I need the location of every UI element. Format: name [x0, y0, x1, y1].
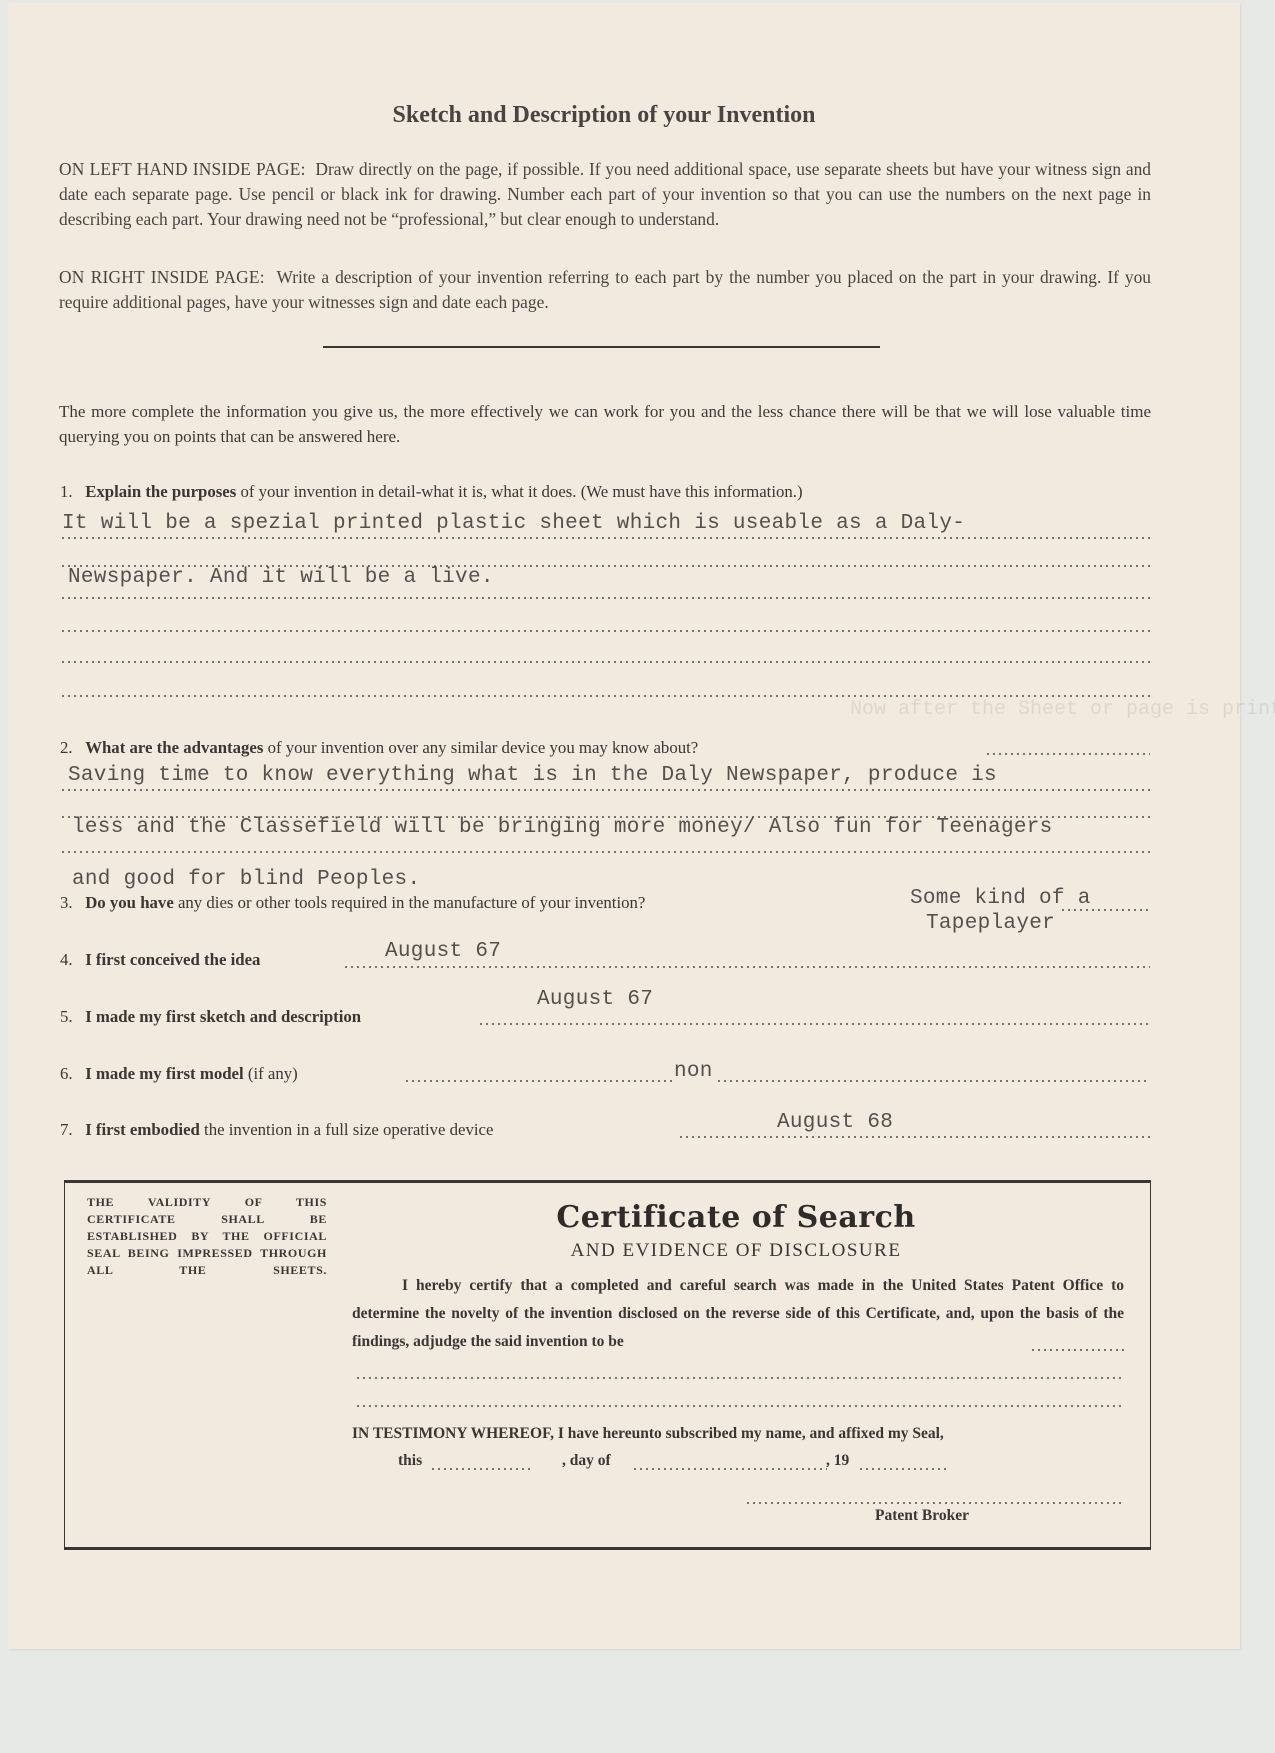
- certificate-dotted-line: [1030, 1349, 1125, 1351]
- answer-dotted-line: [985, 753, 1150, 755]
- answer-dotted-line: [60, 630, 1150, 632]
- answer-dotted-line: [678, 1136, 1150, 1138]
- question-1-answer-line-1[interactable]: It will be a spezial printed plastic she…: [62, 512, 965, 535]
- certificate-validity-note: THE VALIDITY OF THIS CERTIFICATE SHALL B…: [87, 1194, 327, 1279]
- question-3-answer-line-1[interactable]: Some kind of a: [910, 887, 1091, 910]
- answer-dotted-line: [404, 1080, 1150, 1082]
- date-year-blank[interactable]: [858, 1468, 946, 1470]
- date-day-blank[interactable]: [430, 1468, 532, 1470]
- question-6-label: 6. I made my first model (if any): [60, 1064, 298, 1084]
- question-2-answer-line-3[interactable]: and good for blind Peoples.: [72, 868, 420, 891]
- page-title: Sketch and Description of your Invention: [0, 102, 1208, 129]
- certificate-date-day-of: , day of: [562, 1447, 611, 1475]
- question-4-label: 4. I first conceived the idea: [60, 950, 260, 970]
- date-month-blank[interactable]: [632, 1468, 827, 1470]
- instructions-right-page: ON RIGHT INSIDE PAGE: Write a descriptio…: [59, 265, 1151, 315]
- signature-label: Patent Broker: [875, 1502, 969, 1530]
- question-2-answer-line-1[interactable]: Saving time to know everything what is i…: [68, 764, 997, 787]
- certificate-date-year: , 19: [826, 1447, 849, 1475]
- certificate-subtitle: AND EVIDENCE OF DISCLOSURE: [336, 1240, 1136, 1262]
- question-7-answer[interactable]: August 68: [777, 1111, 893, 1134]
- instructions-right-label: ON RIGHT INSIDE PAGE:: [59, 267, 265, 287]
- answer-dotted-line: [60, 537, 1150, 539]
- certificate-title: Certificate of Search: [336, 1200, 1136, 1235]
- answer-dotted-line: [60, 597, 1150, 599]
- question-2-answer-line-2[interactable]: less and the Classefield will be bringin…: [72, 816, 1053, 839]
- intro-paragraph: The more complete the information you gi…: [59, 399, 1151, 449]
- answer-dotted-line: [60, 851, 1150, 853]
- question-3-label: 3. Do you have any dies or other tools r…: [60, 893, 645, 913]
- divider-rule: [323, 346, 880, 348]
- certificate-date-this: this: [398, 1447, 422, 1475]
- question-4-answer[interactable]: August 67: [385, 940, 501, 963]
- certificate-dotted-line: [355, 1377, 1125, 1379]
- question-7-label: 7. I first embodied the invention in a f…: [60, 1120, 493, 1140]
- answer-dotted-line: [478, 1023, 1150, 1025]
- question-5-label: 5. I made my first sketch and descriptio…: [60, 1007, 361, 1027]
- answer-dotted-line: [60, 661, 1150, 663]
- instructions-left-label: ON LEFT HAND INSIDE PAGE:: [59, 159, 306, 179]
- question-5-answer[interactable]: August 67: [537, 988, 653, 1011]
- certificate-dotted-line: [355, 1405, 1125, 1407]
- answer-dotted-line: [60, 789, 1150, 791]
- answer-dotted-line: [343, 966, 1150, 968]
- instructions-left-page: ON LEFT HAND INSIDE PAGE: Draw directly …: [59, 157, 1151, 232]
- question-3-answer-line-2[interactable]: Tapeplayer: [926, 912, 1055, 935]
- certificate-testimony: IN TESTIMONY WHEREOF, I have hereunto su…: [352, 1420, 1124, 1448]
- question-6-answer[interactable]: non: [672, 1060, 715, 1083]
- answer-dotted-line: [60, 695, 1150, 697]
- question-1-label: 1. Explain the purposes of your inventio…: [60, 482, 803, 502]
- answer-dotted-line: [1060, 909, 1150, 911]
- bleed-through-text: Now after the Sheet or page is printed a…: [850, 698, 1275, 721]
- certificate-body: I hereby certify that a completed and ca…: [352, 1272, 1124, 1356]
- question-1-answer-line-2[interactable]: Newspaper. And it will be a live.: [68, 566, 494, 589]
- question-2-label: 2. What are the advantages of your inven…: [60, 738, 698, 758]
